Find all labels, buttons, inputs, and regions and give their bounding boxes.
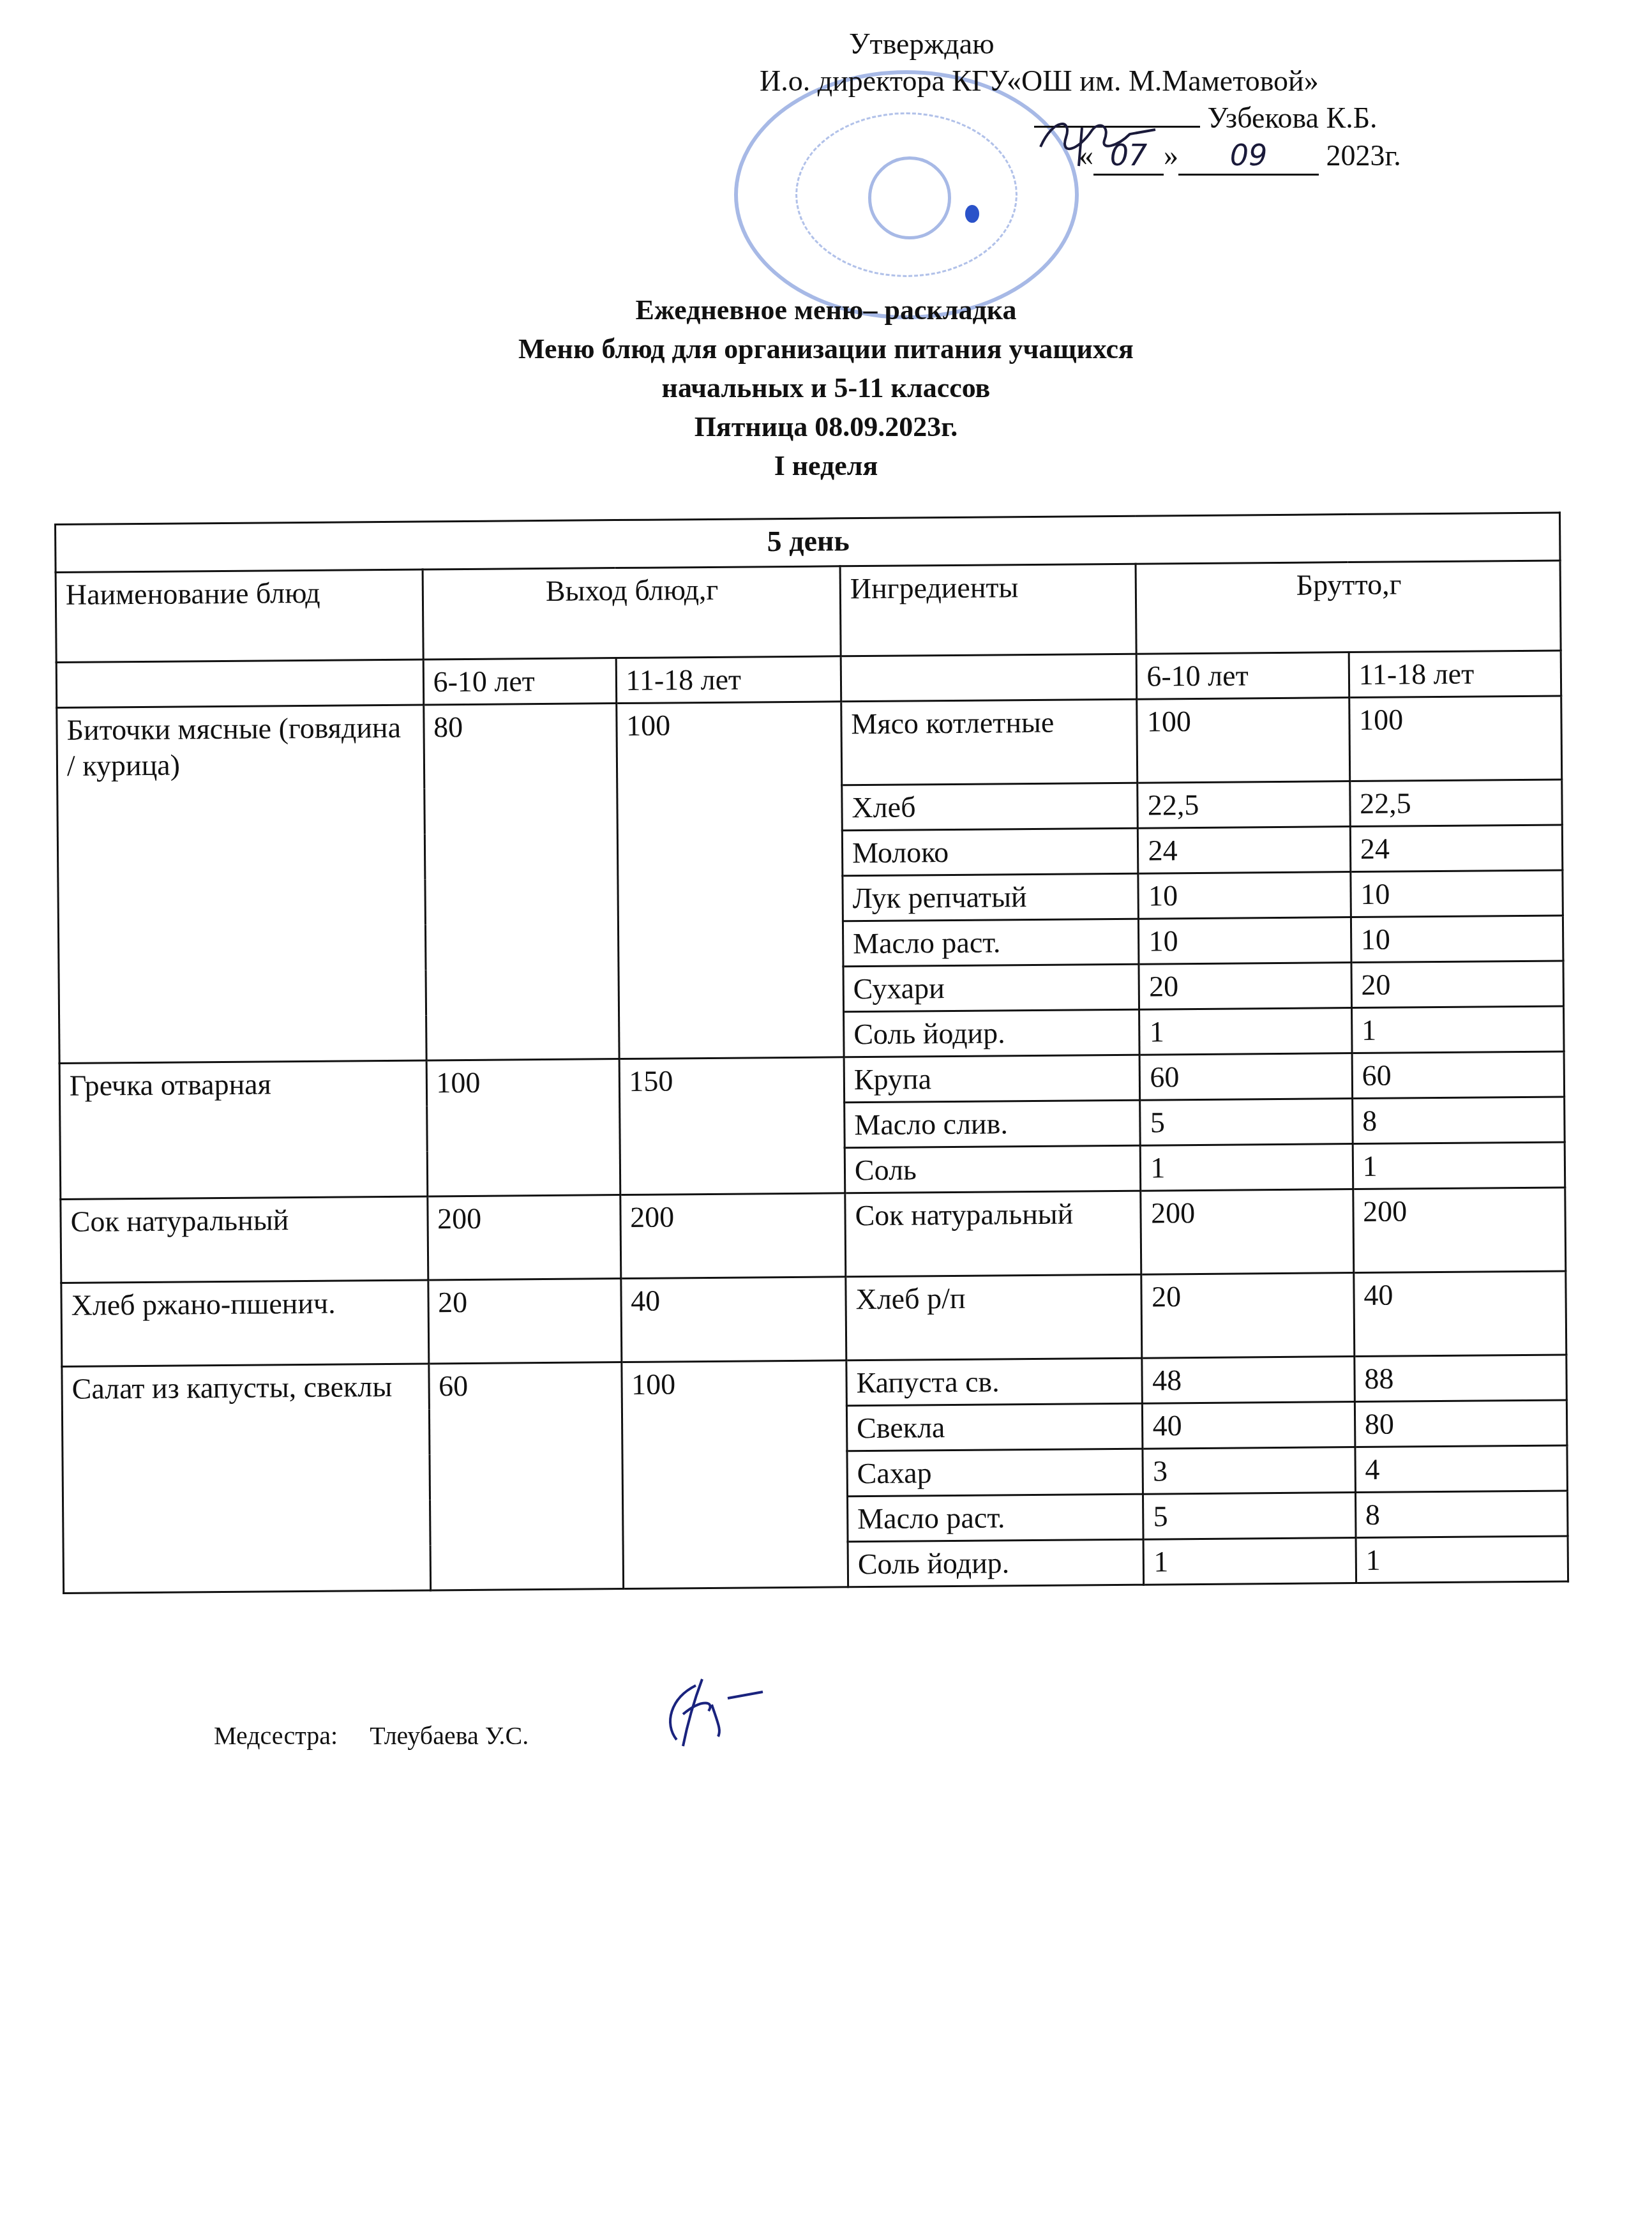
dish-yield-b-cell: 40 [620,1277,846,1362]
dish-name-cell: Биточки мясные (говядина / курица) [57,705,426,1063]
approval-date-year: 2023г. [1326,139,1401,172]
approval-signatory: Узбекова К.Б. [1208,102,1378,134]
dish-yield-b-cell: 200 [620,1193,845,1279]
gross-age-a: 6-10 лет [1137,652,1349,700]
gross-a-cell: 1 [1141,1144,1353,1191]
footer-signature-block: Медсестра: Тлеубаева У.С. [214,1721,529,1751]
stamp-ink-dot [965,205,979,223]
ingredient-name-cell: Масло слив. [845,1100,1141,1148]
gross-a-cell: 10 [1139,917,1351,965]
dish-name-cell: Сок натуральный [61,1196,428,1283]
dish-yield-a-cell: 80 [423,704,619,1060]
footer-name: Тлеубаева У.С. [370,1721,529,1750]
ingredient-name-cell: Соль йодир. [848,1539,1144,1587]
dish-yield-b-cell: 150 [619,1057,845,1195]
dish-yield-a-cell: 20 [428,1279,621,1364]
gross-a-cell: 5 [1143,1493,1356,1540]
gross-b-cell: 8 [1355,1491,1568,1538]
gross-b-cell: 1 [1353,1142,1565,1189]
gross-a-cell: 48 [1142,1357,1355,1404]
gross-a-cell: 10 [1138,872,1351,919]
dish-name-cell: Хлеб ржано-пшенич. [61,1280,429,1367]
title-line-1: Ежедневное меню– раскладка [0,290,1652,329]
director-signature-icon [1021,112,1187,169]
dish-yield-b-cell: 100 [621,1361,848,1589]
yield-age-a: 6-10 лет [423,658,616,705]
ingredient-name-cell: Масло раст. [843,919,1139,967]
ingredient-name-cell: Капуста св. [846,1358,1143,1406]
gross-a-cell: 3 [1143,1447,1355,1495]
document-titles: Ежедневное меню– раскладка Меню блюд для… [0,290,1652,485]
ingredient-name-cell: Сахар [847,1449,1143,1496]
gross-a-cell: 40 [1143,1402,1355,1449]
menu-table: 5 день Наименование блюд Выход блюд,г Ин… [54,511,1569,1594]
title-line-3: начальных и 5-11 классов [0,368,1652,407]
gross-b-cell: 200 [1353,1187,1565,1273]
gross-b-cell: 1 [1356,1536,1568,1583]
gross-b-cell: 22,5 [1349,780,1562,827]
gross-b-cell: 40 [1353,1271,1566,1357]
gross-b-cell: 24 [1350,825,1563,872]
gross-age-b: 11-18 лет [1349,651,1561,698]
header-dish-name: Наименование блюд [56,569,423,663]
header-gross: Брутто,г [1136,561,1561,654]
gross-a-cell: 1 [1144,1538,1356,1585]
age-empty-cell [841,654,1137,702]
gross-b-cell: 8 [1352,1097,1565,1144]
gross-a-cell: 20 [1141,1273,1354,1359]
gross-a-cell: 100 [1137,698,1349,783]
ingredient-name-cell: Хлеб р/п [846,1274,1143,1361]
ingredient-name-cell: Сок натуральный [845,1191,1142,1277]
title-line-2: Меню блюд для организации питания учащих… [0,329,1652,368]
gross-a-cell: 60 [1140,1053,1353,1101]
gross-a-cell: 200 [1141,1189,1353,1275]
gross-b-cell: 100 [1349,696,1561,781]
ingredient-name-cell: Соль йодир. [844,1009,1140,1057]
approval-position: И.о. директора КГУ«ОШ им. М.Маметовой» [760,63,1558,100]
gross-b-cell: 88 [1355,1355,1567,1402]
gross-a-cell: 24 [1138,827,1351,874]
gross-b-cell: 60 [1352,1052,1565,1099]
header-yield: Выход блюд,г [423,566,841,660]
age-empty-cell [56,660,423,708]
title-line-5: I неделя [0,446,1652,485]
ingredient-name-cell: Хлеб [842,783,1138,831]
gross-b-cell: 20 [1351,961,1564,1008]
table-row: Сок натуральный200200Сок натуральный2002… [61,1187,1566,1283]
nurse-signature-icon [657,1666,772,1756]
table-row: Биточки мясные (говядина / курица)80100М… [57,696,1562,792]
dish-name-cell: Салат из капусты, свеклы [62,1364,430,1594]
gross-a-cell: 22,5 [1138,781,1350,829]
gross-b-cell: 4 [1355,1445,1568,1493]
gross-a-cell: 1 [1139,1008,1352,1055]
ingredient-name-cell: Сухари [843,964,1139,1012]
dish-yield-a-cell: 60 [428,1362,623,1590]
approval-date-month: 09 [1178,137,1319,176]
ingredient-name-cell: Крупа [844,1055,1140,1103]
dish-yield-b-cell: 100 [616,702,844,1059]
ingredient-name-cell: Молоко [842,828,1138,876]
gross-b-cell: 80 [1355,1400,1567,1447]
approval-title: Утверждаю [760,26,1558,63]
yield-age-b: 11-18 лет [616,656,841,704]
ingredient-name-cell: Соль [845,1145,1141,1193]
header-ingredients: Ингредиенты [840,564,1137,656]
dish-name-cell: Гречка отварная [59,1060,427,1200]
gross-b-cell: 10 [1351,916,1563,963]
ingredient-name-cell: Лук репчатый [843,873,1139,921]
ingredient-name-cell: Масло раст. [847,1494,1143,1542]
gross-a-cell: 5 [1140,1099,1353,1146]
header-row: Наименование блюд Выход блюд,г Ингредиен… [56,561,1561,663]
gross-a-cell: 20 [1139,963,1351,1010]
ingredient-name-cell: Свекла [846,1403,1143,1451]
gross-b-cell: 10 [1351,870,1563,917]
footer-role: Медсестра: [214,1721,338,1750]
gross-b-cell: 1 [1351,1006,1564,1053]
table-row: Хлеб ржано-пшенич.2040Хлеб р/п2040 [61,1271,1566,1367]
dish-yield-a-cell: 100 [426,1059,620,1196]
dish-yield-a-cell: 200 [427,1195,620,1280]
ingredient-name-cell: Мясо котлетные [841,699,1138,785]
title-line-4: Пятница 08.09.2023г. [0,407,1652,446]
